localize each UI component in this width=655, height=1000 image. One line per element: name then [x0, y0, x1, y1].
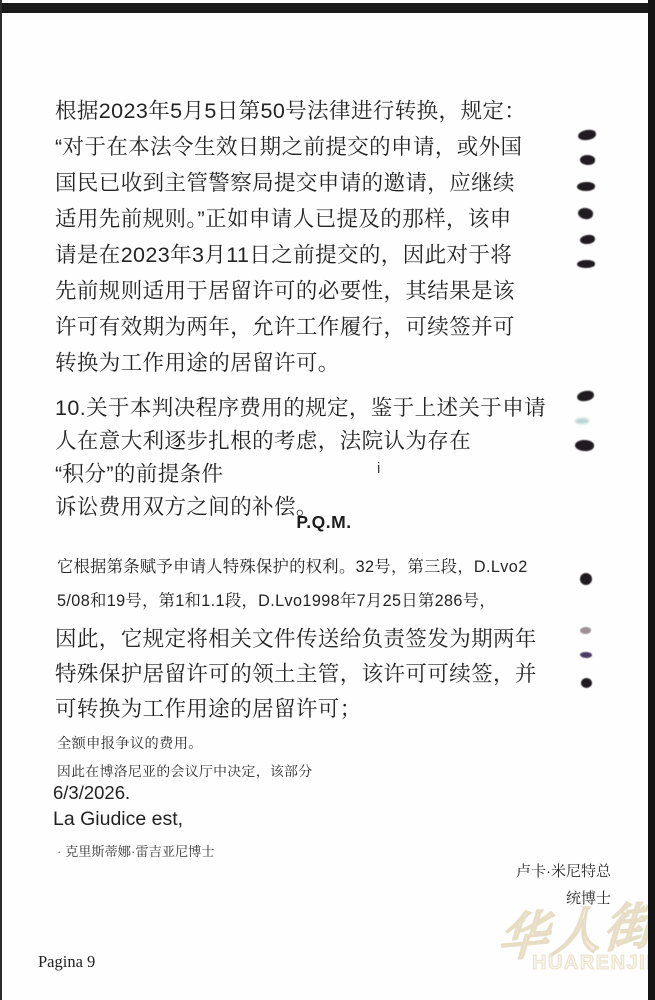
ink-smudge — [580, 627, 591, 634]
decision-date: 6/3/2026. — [53, 782, 130, 804]
watermark-latin: HUARENJIE — [532, 952, 655, 975]
ink-smudge — [581, 678, 592, 688]
ink-smudge — [576, 390, 594, 403]
ink-smudge — [580, 652, 592, 659]
scan-border-right — [648, 0, 655, 1000]
ink-smudge — [577, 207, 594, 221]
ink-smudge — [577, 182, 595, 191]
scan-border-left — [0, 0, 2, 1000]
body-paragraph-1: 根据2023年5月5日第50号法律进行转换，规定： “对于在本法令生效日期之前提… — [55, 93, 575, 381]
judge-name: 克里斯蒂娜·雷吉亚尼博士 — [57, 841, 215, 860]
page-number: Pagina 9 — [38, 952, 95, 972]
judge-line: La Giudice est, — [53, 808, 183, 831]
costs-note: 全额申报争议的费用。 — [57, 733, 457, 753]
body-paragraph-2: 10.关于本判决程序费用的规定，鉴于上述关于申请 人在意大利逐步扎根的考虑，法院… — [55, 392, 575, 524]
ink-smudge — [577, 129, 596, 141]
ink-smudge — [580, 234, 596, 245]
ink-smudge — [575, 439, 595, 451]
stray-scan-character: i — [377, 460, 380, 477]
scan-border-top — [0, 3, 655, 13]
ink-smudge — [577, 260, 595, 268]
ink-smudge — [580, 573, 592, 585]
ink-smudge — [575, 418, 589, 424]
scanned-document-page: 根据2023年5月5日第50号法律进行转换，规定： “对于在本法令生效日期之前提… — [0, 0, 655, 1000]
pqm-heading: P.Q.M. — [0, 512, 648, 533]
decision-place-note: 因此在博洛尼亚的会议厅中决定，该部分 — [57, 760, 477, 780]
body-paragraph-3: 它根据第条赋予申请人特殊保护的权利。32号，第三段，D.Lvo2 5/08和19… — [57, 550, 597, 618]
body-paragraph-4: 因此，它规定将相关文件传送给负责签发为期两年 特殊保护居留许可的领土主管，该许可… — [55, 622, 575, 727]
ink-smudge — [580, 154, 596, 165]
